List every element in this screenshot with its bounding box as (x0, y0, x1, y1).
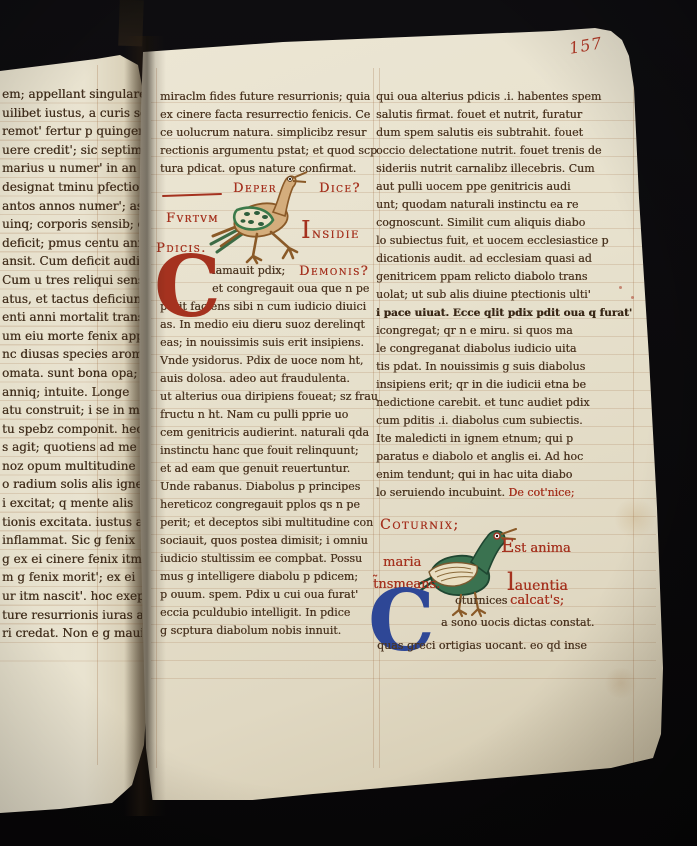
text-line: omata. sunt bona opa; (2, 364, 142, 383)
text-line: anniq; intuite. Longe (2, 383, 142, 402)
text-line: um eiu morte fenix appro (2, 327, 142, 346)
text-line: cum pditis .i. diabolus cum subiectis. (376, 412, 636, 430)
text-line: insipiens erit; qr in die iudicii etna b… (376, 376, 636, 394)
text-line: i excitat; q mente alis (2, 494, 142, 513)
text-line: paratus e diabolo et anglis ei. Ad hoc (376, 448, 636, 466)
folio-number: 157 (568, 33, 604, 58)
text-line: instinctu hanc que fouit relinquunt; (160, 442, 372, 460)
text-line: tu spebz componit. hec to (2, 420, 142, 439)
text-line: uolat; ut sub alis diuine ptectionis ult… (376, 286, 636, 304)
text-line: uere credit'; sic septima (2, 141, 142, 160)
text-line: ansit. Cum deficit audit' (2, 252, 142, 271)
text-line: uilibet iustus, a curis scla (2, 104, 142, 123)
text-line: icongregat; qr n e miru. si quos ma (376, 322, 636, 340)
text-line: lo subiectus fuit, et uocem ecclesiastic… (376, 232, 636, 250)
text-line: iudicio stultissim ee compbat. Possu (160, 550, 372, 568)
text-line: miraclm fides future resurrionis; quia (160, 88, 372, 106)
text-line: quas greci ortigias uocant. eo qd inse (377, 639, 587, 652)
col2-upper-lines: qui oua alterius pdicis .i. habentes spe… (376, 88, 636, 304)
text-line: o radium solis alis igne (2, 475, 142, 494)
text-line: mus g intelligere diabolu p pdicem; (160, 568, 372, 586)
text-line: eas; in nouissimis suis erit insipiens. (160, 334, 372, 352)
text-line: designat tminu pfectio (2, 178, 142, 197)
text-line: em; appellant singulare. (2, 85, 142, 104)
text-line: m g fenix morit'; ex ei (2, 568, 142, 587)
text-line: cognoscunt. Similit cum aliquis diabo (376, 214, 636, 232)
text-column-right: qui oua alterius pdicis .i. habentes spe… (376, 88, 636, 502)
ruling-vertical-line (156, 68, 157, 768)
text-line: occio delectatione nutrit. fouet trenis … (376, 142, 636, 160)
col2-lower-lines: icongregat; qr n e miru. si quos male co… (376, 322, 636, 484)
text-line: ex cinere facta resurrectio fenicis. Ce (160, 106, 372, 124)
text-line: perit; et deceptos sibi multitudine con (160, 514, 372, 532)
rubric-maria: maria (383, 555, 421, 570)
text-line: salutis firmat. fouet et nutrit, furatur (376, 106, 636, 124)
rubric-de-per: Deper (233, 181, 277, 196)
rubric-perdicis: Pdicis. (156, 241, 207, 256)
text-line: antos annos numer'; as (2, 197, 142, 216)
text-line: nc diusas species aroma (2, 345, 142, 364)
rubric-est-anima: Est anima (501, 536, 571, 557)
rubric-de-coturnice: De cot'nice; (508, 486, 574, 499)
text-line: ture resurrionis iuras a (2, 606, 142, 625)
text-line: inflammat. Sic g fenix (2, 531, 142, 550)
text-line: enim tendunt; qui in hac uita diabo (376, 466, 636, 484)
text-line: enti anni mortalit trans (2, 308, 142, 327)
text-line: remot' fertur p quingen (2, 122, 142, 141)
text-line: uinq; corporis sensib; cu (2, 215, 142, 234)
text-line: le congreganat diabolus iudicio uita (376, 340, 636, 358)
rubric-insidie: Insidie (301, 216, 360, 244)
manuscript-photo: em; appellant singulare.uilibet iustus, … (0, 0, 697, 846)
text-line: nedictione carebit. et tunc audiet pdix (376, 394, 636, 412)
text-line: ur itm nascit'. hoc exeplo (2, 587, 142, 606)
text-line: et ad eam que genuit reuertuntur. (160, 460, 372, 478)
text-line: dicationis audit. ad ecclesiam quasi ad (376, 250, 636, 268)
text-line: oturnices (455, 594, 507, 607)
inserted-marginal-line: i pace uiuat. Ecce qlit pdix pdit oua q … (376, 304, 636, 322)
rubric-dice: Dice? (319, 181, 361, 196)
text-line: tionis excitata. iustus ar (2, 513, 142, 532)
text-line: ut alterius oua diripiens foueat; sz fra… (160, 388, 372, 406)
text-line: eccia pculdubio intelligit. In pdice (160, 604, 372, 622)
rubric-demonis: Demonis? (299, 264, 369, 279)
text-line-with-rubric: lo seruiendo incubuint. De cot'nice; (376, 484, 636, 502)
text-line: marius u numer' in an (2, 159, 142, 178)
text-line: sideriis nutrit carnalibz illecebris. Cu… (376, 160, 636, 178)
text-line: Cum u tres reliqui sens' (2, 271, 142, 290)
text-line: genitricem ppam relicto diabolo trans (376, 268, 636, 286)
text-line: atus, et tactus deficiunt; (2, 290, 142, 309)
text-line: qui oua alterius pdicis .i. habentes spe… (376, 88, 636, 106)
text-line: unt; quodam naturali instinctu ea re (376, 196, 636, 214)
text-line: ce uolucrum natura. simplicibz resur (160, 124, 372, 142)
text-line: rectionis argumentu pstat; et quod scp (160, 142, 372, 160)
ink-speck (631, 296, 634, 299)
text-line: noz opum multitudine (2, 457, 142, 476)
bookmark-tab (118, 0, 144, 46)
text-line: hereticoz congregauit pplos qs n pe (160, 496, 372, 514)
col1-top-lines: miraclm fides future resurrionis; quiaex… (160, 88, 372, 178)
folio-page: 157 miraclm fides future resurrionis; qu… (133, 28, 678, 800)
ink-speck (619, 286, 622, 289)
text-line: a sono uocis dictas constat. (441, 616, 594, 629)
text-line: lo seruiendo incubuint. (376, 486, 505, 499)
left-page: em; appellant singulare.uilibet iustus, … (0, 55, 154, 817)
text-line: g ex ei cinere fenix itm (2, 550, 142, 569)
col1-body-lines: perit faciens sibi n cum iudicio diuicia… (160, 298, 372, 640)
left-page-text: em; appellant singulare.uilibet iustus, … (2, 85, 142, 643)
text-line: Ite maledicti in ignem etnum; qui p (376, 430, 636, 448)
text-line: auis dolosa. adeo aut fraudulenta. (160, 370, 372, 388)
text-line: dum spem salutis eis subtrahit. fouet (376, 124, 636, 142)
rubric-furtum: Fvrtvm (166, 211, 219, 226)
text-line: atu construit; i se in me (2, 401, 142, 420)
text-line: g scptura diabolum nobis innuit. (160, 622, 372, 640)
text-line: s agit; quotiens ad me (2, 438, 142, 457)
text-line: fructu n ht. Nam cu pulli pprie uo (160, 406, 372, 424)
text-line: Vnde ysidorus. Pdix de uoce nom ht, (160, 352, 372, 370)
text-line: cem genitricis audierint. naturali qda (160, 424, 372, 442)
text-line: deficit; pmus centu annoz (2, 234, 142, 253)
text-line: ri credat. Non e g mauis (2, 624, 142, 643)
text-line: sociauit, quos postea dimisit; i omniu (160, 532, 372, 550)
rubric-lauentia: lauentia (507, 568, 568, 596)
text-line: p ouum. spem. Pdix u cui oua furat' (160, 586, 372, 604)
rubric-coturnix: Coturnix; (380, 517, 460, 533)
text-line: Unde rabanus. Diabolus p principes (160, 478, 372, 496)
rubric-calcans: calcat's; (510, 593, 564, 608)
text-line: tis pdat. In nouissimis g suis diabolus (376, 358, 636, 376)
text-line: aut pulli uocem ppe genitricis audi (376, 178, 636, 196)
